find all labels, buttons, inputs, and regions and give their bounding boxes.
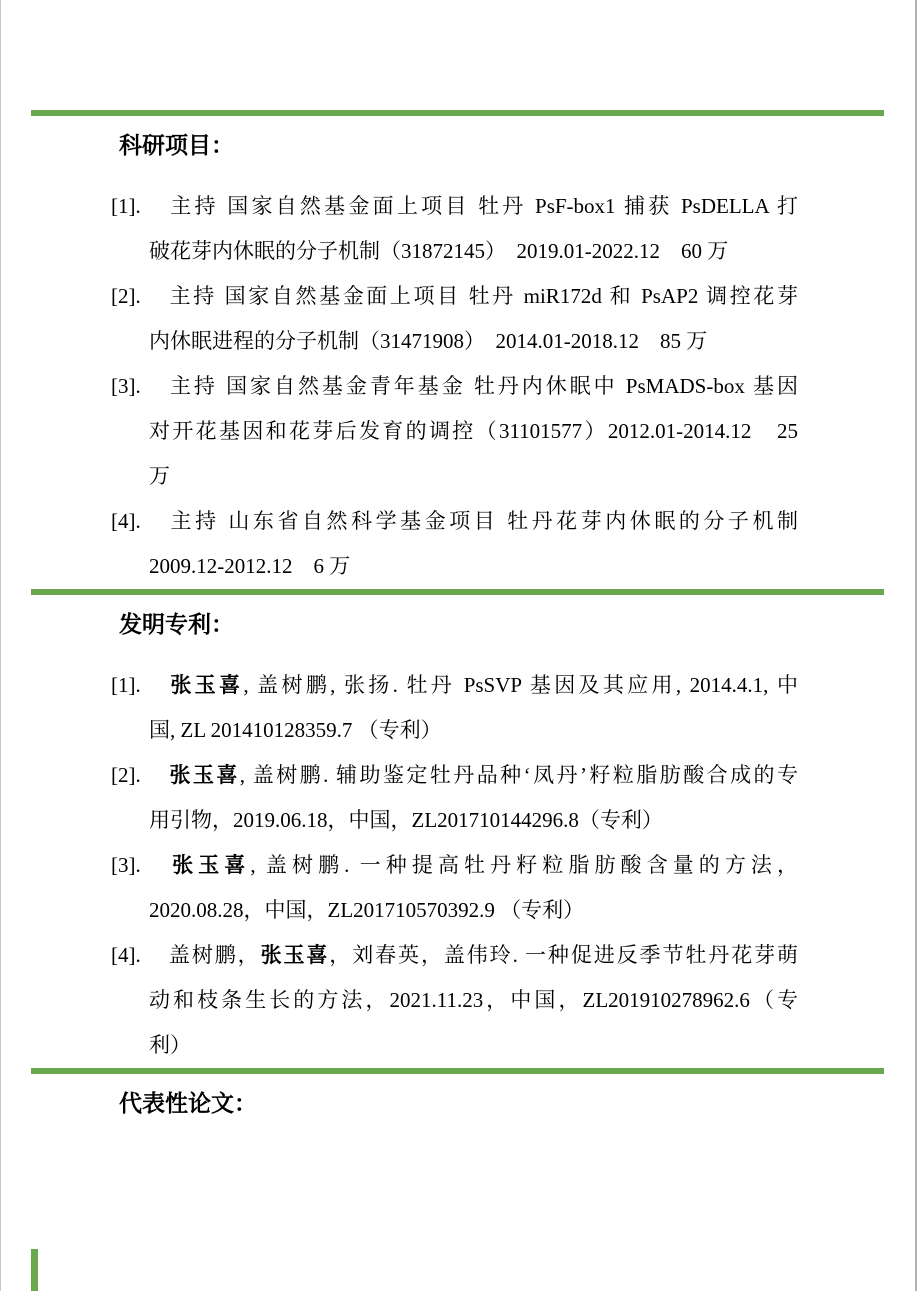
- item-line: 2020.08.28，中国，ZL201710570392.9 （专利）: [111, 888, 798, 933]
- section-item-list: [1].张玉喜, 盖树鹏, 张扬. 牡丹 PsSVP 基因及其应用, 2014.…: [111, 663, 798, 1068]
- section-divider-line: [31, 110, 884, 116]
- item-number: [1].: [111, 663, 167, 708]
- author-name-bold: 张玉喜: [261, 943, 330, 967]
- green-edge-mark: [31, 1249, 38, 1291]
- item-line: 2009.12-2012.12 6 万: [111, 544, 798, 589]
- item-line: 国, ZL 201410128359.7 （专利）: [111, 708, 798, 753]
- text-segment: 2020.08.28，中国，ZL201710570392.9 （专利）: [149, 898, 584, 922]
- item-number: [4].: [111, 933, 167, 978]
- text-segment: ，刘春英，盖伟玲. 一种促进反季节牡丹花芽萌: [329, 943, 798, 967]
- section-divider-line: [31, 1068, 884, 1074]
- item-line: [4].盖树鹏，张玉喜，刘春英，盖伟玲. 一种促进反季节牡丹花芽萌: [111, 933, 798, 978]
- item-line: 对开花基因和花芽后发育的调控（31101577）2012.01-2014.12 …: [111, 409, 798, 454]
- text-segment: 破花芽内休眠的分子机制（31872145） 2019.01-2022.12 60…: [149, 239, 728, 263]
- text-segment: 主持 国家自然基金青年基金 牡丹内休眠中 PsMADS-box 基因: [167, 374, 798, 398]
- text-segment: 主持 国家自然基金面上项目 牡丹 PsF-box1 捕获 PsDELLA 打: [167, 194, 798, 218]
- document-section: 发明专利： [1].张玉喜, 盖树鹏, 张扬. 牡丹 PsSVP 基因及其应用,…: [1, 589, 915, 1068]
- section-divider-line: [31, 589, 884, 595]
- item-line: [3].主持 国家自然基金青年基金 牡丹内休眠中 PsMADS-box 基因: [111, 364, 798, 409]
- author-name-bold: 张玉喜: [167, 673, 243, 697]
- text-segment: , 盖树鹏, 张扬. 牡丹 PsSVP 基因及其应用, 2014.4.1, 中: [243, 673, 798, 697]
- item-number: [1].: [111, 184, 167, 229]
- text-segment: , 盖树鹏. 辅助鉴定牡丹品种‘凤丹’籽粒脂肪酸合成的专: [240, 763, 798, 787]
- item-line: [2].张玉喜, 盖树鹏. 辅助鉴定牡丹品种‘凤丹’籽粒脂肪酸合成的专: [111, 753, 798, 798]
- text-segment: 2009.12-2012.12 6 万: [149, 554, 350, 578]
- text-segment: 对开花基因和花芽后发育的调控（31101577）2012.01-2014.12 …: [149, 419, 798, 443]
- document-section: 科研项目： [1].主持 国家自然基金面上项目 牡丹 PsF-box1 捕获 P…: [1, 110, 915, 589]
- item-line: [4].主持 山东省自然科学基金项目 牡丹花芽内休眠的分子机制: [111, 499, 798, 544]
- item-line: [3].张玉喜, 盖树鹏. 一种提高牡丹籽粒脂肪酸含量的方法，: [111, 843, 798, 888]
- item-line: 动和枝条生长的方法，2021.11.23，中国，ZL201910278962.6…: [111, 978, 798, 1023]
- text-segment: , 盖树鹏. 一种提高牡丹籽粒脂肪酸含量的方法，: [250, 853, 798, 877]
- item-number: [2].: [111, 274, 167, 319]
- item-number: [3].: [111, 843, 167, 888]
- item-line: 破花芽内休眠的分子机制（31872145） 2019.01-2022.12 60…: [111, 229, 798, 274]
- text-segment: 盖树鹏，: [167, 943, 261, 967]
- item-number: [3].: [111, 364, 167, 409]
- text-segment: 动和枝条生长的方法，2021.11.23，中国，ZL201910278962.6…: [149, 988, 798, 1012]
- text-segment: 国, ZL 201410128359.7 （专利）: [149, 718, 442, 742]
- section-heading-patents: 发明专利：: [119, 609, 915, 639]
- text-segment: 万: [149, 464, 170, 488]
- text-segment: 用引物，2019.06.18，中国，ZL201710144296.8（专利）: [149, 808, 663, 832]
- document-body: 科研项目： [1].主持 国家自然基金面上项目 牡丹 PsF-box1 捕获 P…: [1, 0, 915, 1118]
- item-line: 万: [111, 454, 798, 499]
- author-name-bold: 张玉喜: [167, 853, 250, 877]
- item-line: 用引物，2019.06.18，中国，ZL201710144296.8（专利）: [111, 798, 798, 843]
- section-heading-representative-papers: 代表性论文：: [119, 1088, 915, 1118]
- item-line: 利）: [111, 1023, 798, 1068]
- item-line: 内休眠进程的分子机制（31471908） 2014.01-2018.12 85 …: [111, 319, 798, 364]
- text-segment: 主持 山东省自然科学基金项目 牡丹花芽内休眠的分子机制: [167, 509, 798, 533]
- author-name-bold: 张玉喜: [167, 763, 240, 787]
- item-line: [1].张玉喜, 盖树鹏, 张扬. 牡丹 PsSVP 基因及其应用, 2014.…: [111, 663, 798, 708]
- item-line: [2].主持 国家自然基金面上项目 牡丹 miR172d 和 PsAP2 调控花…: [111, 274, 798, 319]
- section-heading-research-projects: 科研项目：: [119, 130, 915, 160]
- item-number: [2].: [111, 753, 167, 798]
- item-line: [1].主持 国家自然基金面上项目 牡丹 PsF-box1 捕获 PsDELLA…: [111, 184, 798, 229]
- section-item-list: [1].主持 国家自然基金面上项目 牡丹 PsF-box1 捕获 PsDELLA…: [111, 184, 798, 589]
- item-number: [4].: [111, 499, 167, 544]
- text-segment: 内休眠进程的分子机制（31471908） 2014.01-2018.12 85 …: [149, 329, 707, 353]
- text-segment: 利）: [149, 1033, 191, 1057]
- document-page: 科研项目： [1].主持 国家自然基金面上项目 牡丹 PsF-box1 捕获 P…: [0, 0, 917, 1291]
- text-segment: 主持 国家自然基金面上项目 牡丹 miR172d 和 PsAP2 调控花芽: [167, 284, 798, 308]
- document-section: 代表性论文：: [1, 1068, 915, 1118]
